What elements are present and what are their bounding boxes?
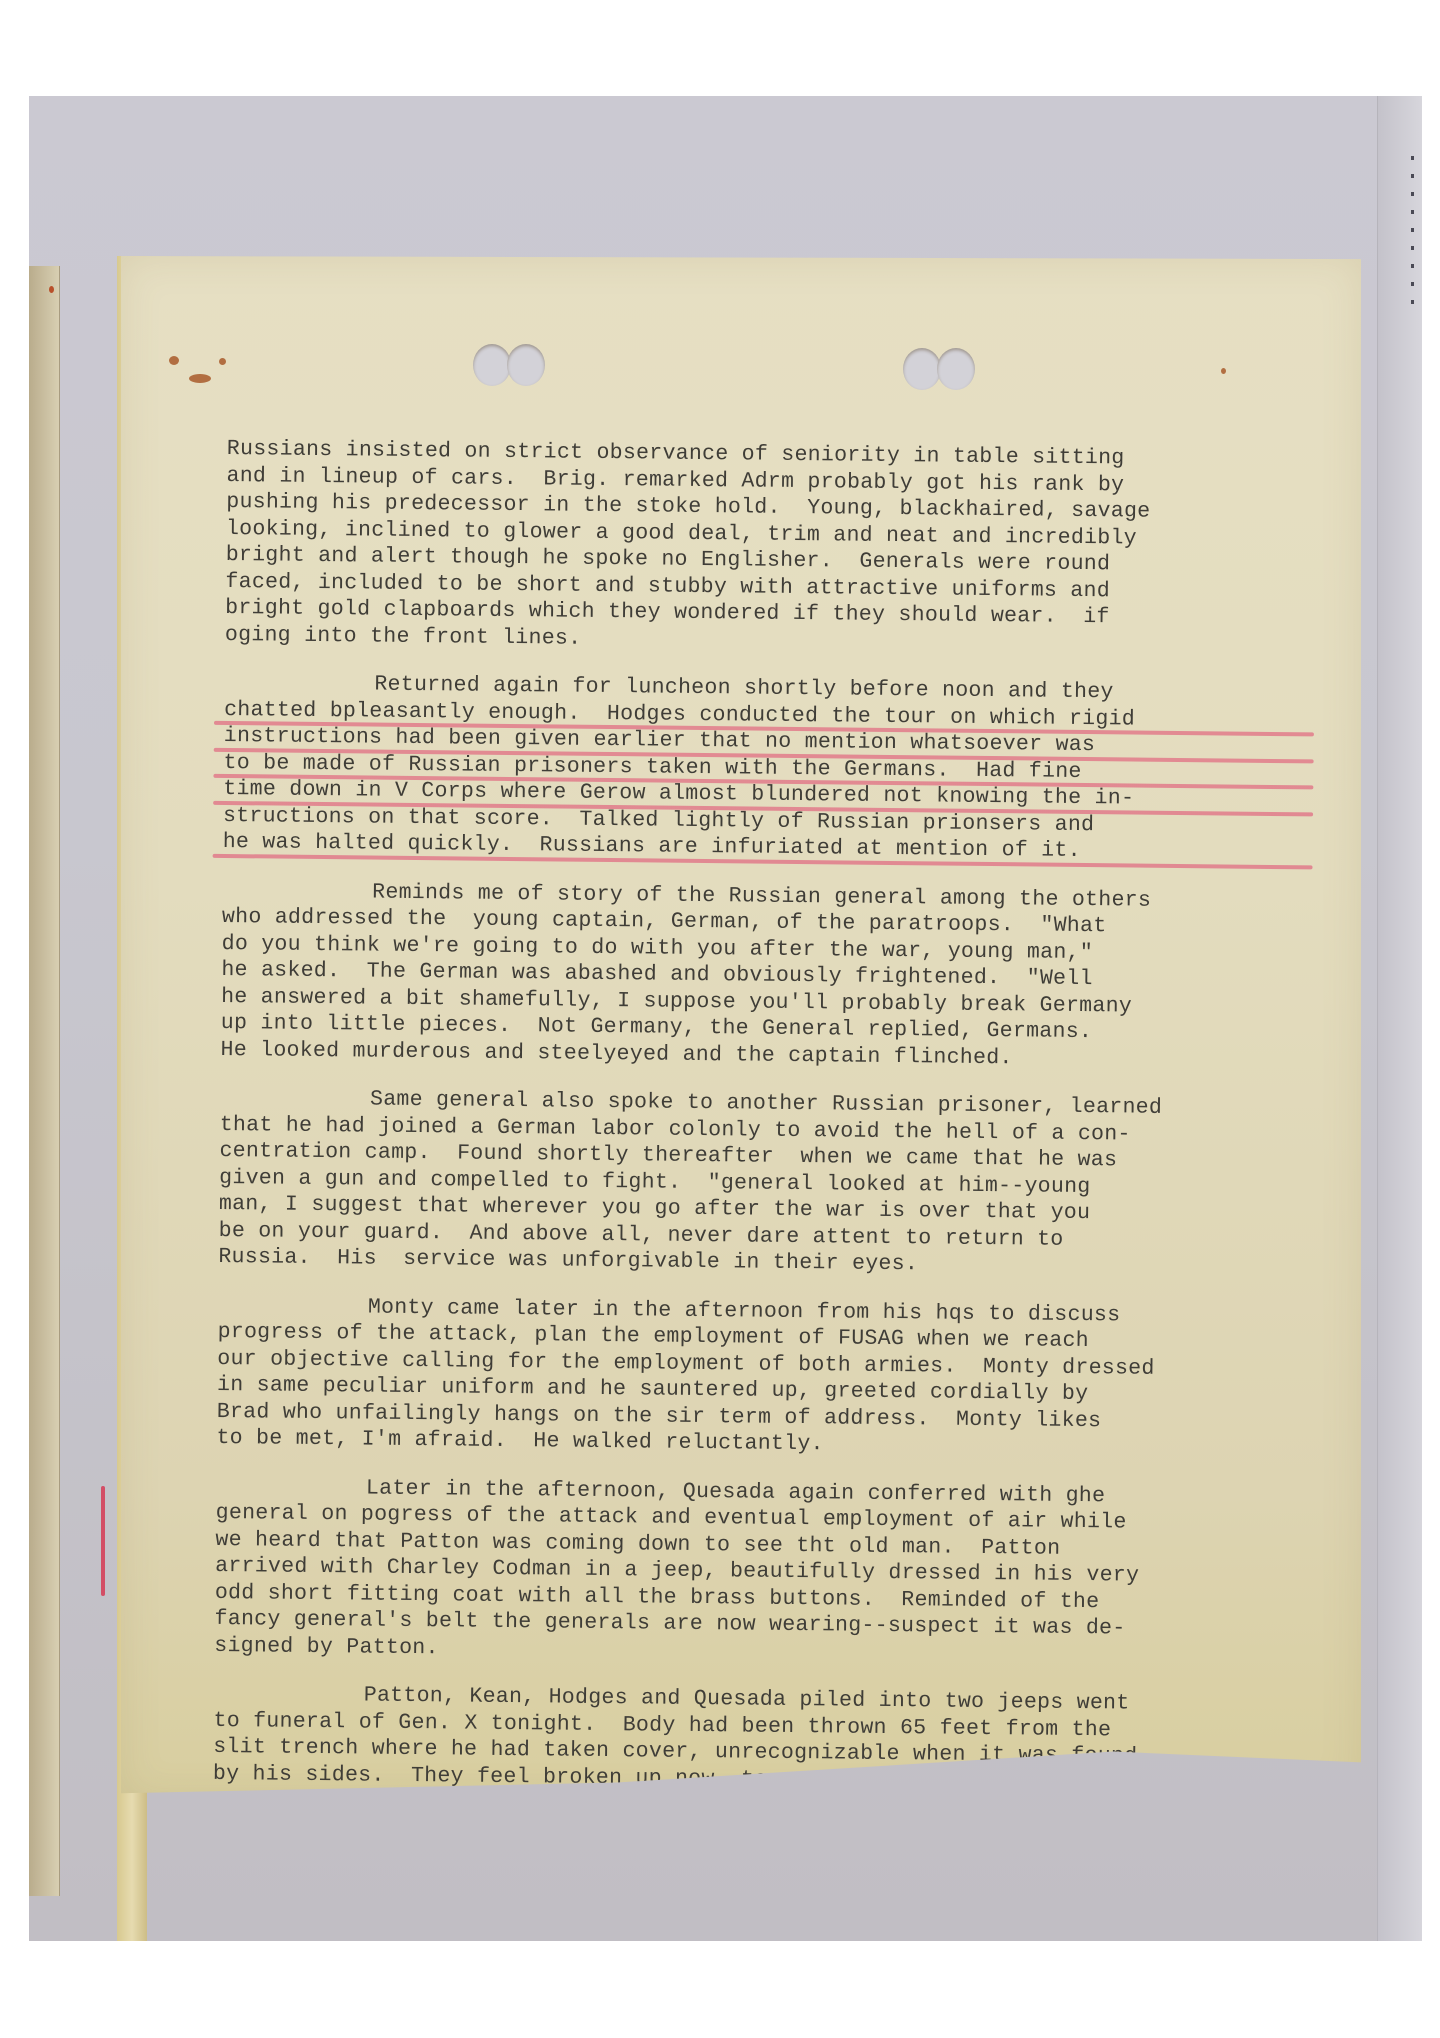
punch-hole xyxy=(473,344,511,386)
rust-stain xyxy=(169,356,179,365)
punch-hole xyxy=(903,348,941,390)
ruler-marks xyxy=(1411,156,1414,316)
margin-annotation-mark xyxy=(101,1486,105,1596)
rust-stain xyxy=(189,374,211,383)
paragraph: Monty came later in the afternoon from h… xyxy=(216,1292,1298,1462)
rust-stain xyxy=(219,358,226,365)
right-page-edge xyxy=(1377,96,1422,1941)
paragraph: Returned again for luncheon shortly befo… xyxy=(223,670,1305,867)
text-line: by his sides. They feel broken up now, t… xyxy=(213,1760,1293,1798)
paragraph: Later in the afternoon, Quesada again co… xyxy=(214,1473,1296,1670)
scanned-photo: Russians insisted on strict observance o… xyxy=(29,96,1422,1941)
paragraph: Same general also spoke to another Russi… xyxy=(218,1085,1300,1282)
document-body: Russians insisted on strict observance o… xyxy=(213,436,1307,1820)
paragraph: Reminds me of story of the Russian gener… xyxy=(220,877,1302,1074)
punch-hole xyxy=(937,348,975,390)
typewritten-page: Russians insisted on strict observance o… xyxy=(121,256,1361,1801)
rust-stain xyxy=(1221,368,1226,374)
paragraph: Patton, Kean, Hodges and Quesada piled i… xyxy=(213,1681,1294,1798)
paragraph: Russians insisted on strict observance o… xyxy=(225,436,1307,659)
punch-hole xyxy=(507,344,545,386)
adjacent-page-edge xyxy=(29,266,60,1896)
